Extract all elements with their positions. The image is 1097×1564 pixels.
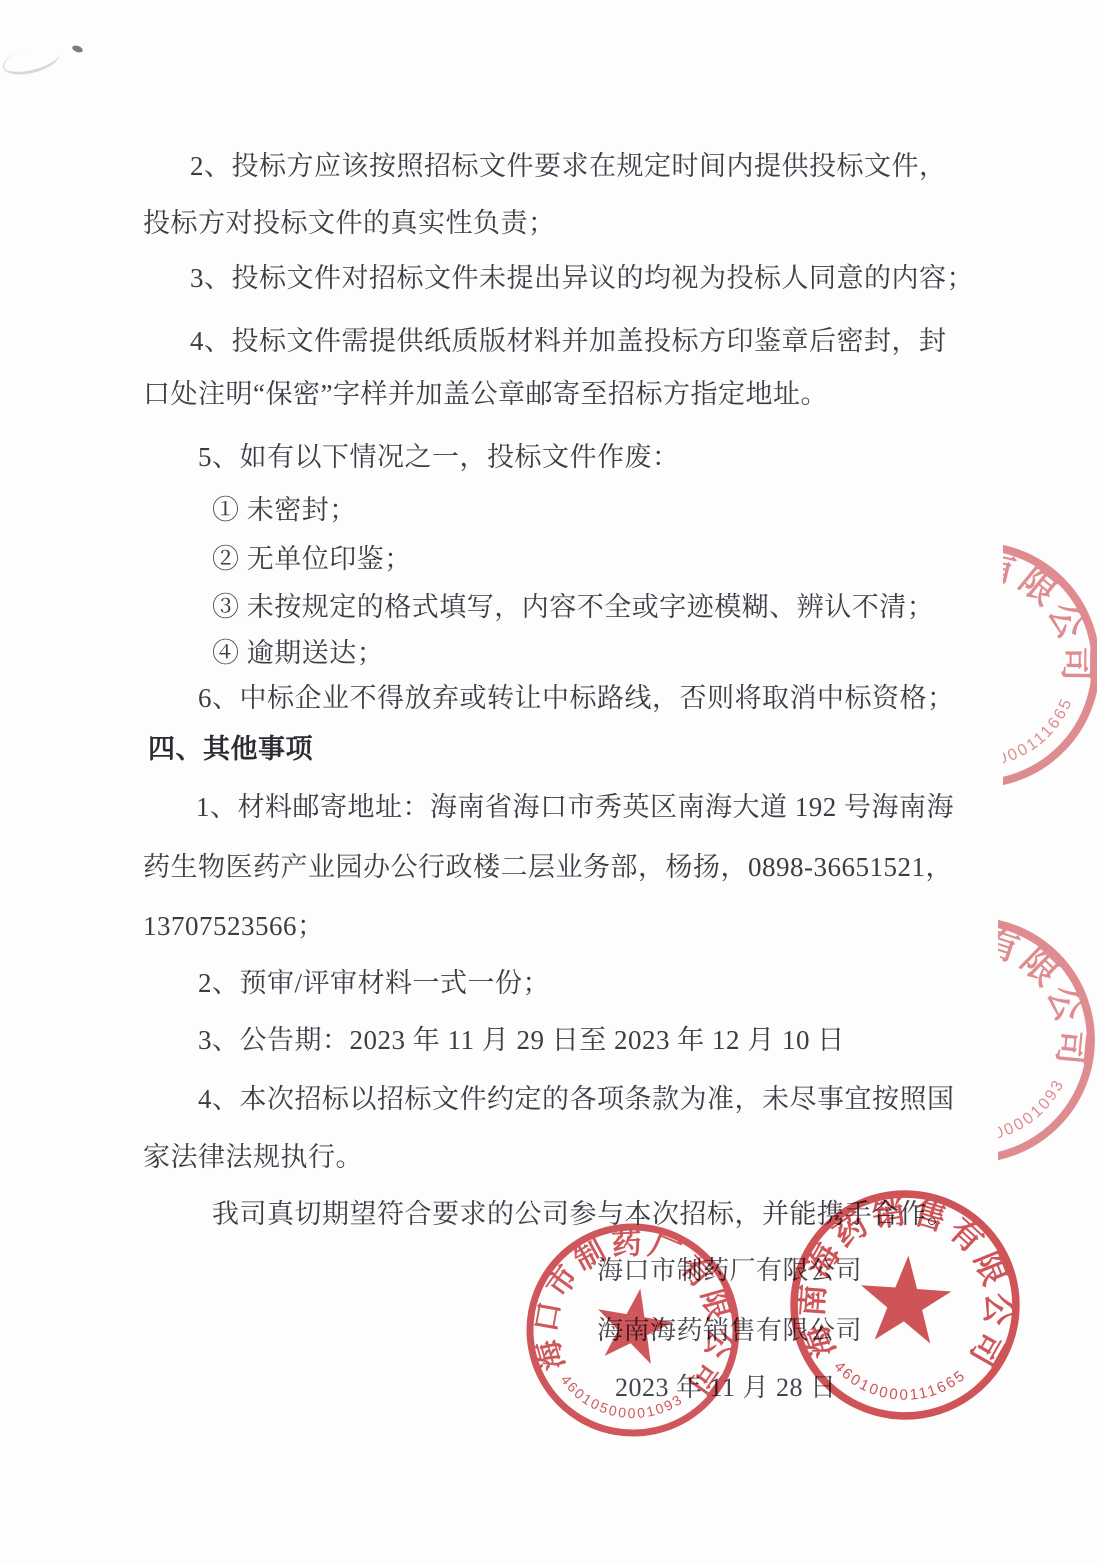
other-item-1-line-3: 13707523566； bbox=[143, 910, 325, 942]
other-item-4-line-2: 家法律法规执行。 bbox=[143, 1141, 363, 1173]
clause-2-line-2: 投标方对投标文件的真实性负责； bbox=[143, 207, 556, 239]
clause-4-line-1: 4、投标文件需提供纸质版材料并加盖投标方印鉴章后密封，封 bbox=[190, 325, 947, 357]
edge-seal-bottom: 海口市制药厂有限公司 46010500001093 bbox=[998, 890, 1097, 1194]
other-item-1-line-1: 1、材料邮寄地址：海南省海口市秀英区南海大道 192 号海南海 bbox=[196, 791, 954, 823]
other-item-4-line-1: 4、本次招标以招标文件约定的各项条款为准，未尽事宜按照国 bbox=[198, 1083, 955, 1115]
seal-haikou-pharmaceutical: 海口市制药厂有限公司 46010500001093 bbox=[482, 1179, 783, 1480]
seal-serial-text: 46010500001093 bbox=[553, 1370, 688, 1431]
star-icon bbox=[857, 1252, 953, 1344]
other-item-2: 2、预审/评审材料一式一份； bbox=[198, 967, 550, 999]
other-item-1-line-2: 药生物医药产业园办公行政楼二层业务部，杨扬，0898-36651521， bbox=[143, 851, 953, 883]
invalid-item-3: ③ 未按规定的格式填写，内容不全或字迹模糊、辨认不清； bbox=[212, 591, 934, 623]
star-icon bbox=[590, 1282, 677, 1366]
svg-text:46010500001093: 46010500001093 bbox=[553, 1370, 688, 1431]
clause-6: 6、中标企业不得放弃或转让中标路线，否则将取消中标资格； bbox=[198, 682, 955, 714]
seal-haikou-pharmaceutical-partial: 海口市制药厂有限公司 46010500001093 bbox=[998, 890, 1097, 1194]
clause-4-line-2: 口处注明“保密”字样并加盖公章邮寄至招标方指定地址。 bbox=[143, 378, 828, 410]
scan-artifact-dot bbox=[71, 44, 83, 53]
clause-2-line-1: 2、投标方应该按照招标文件要求在规定时间内提供投标文件， bbox=[190, 150, 947, 182]
seal-hainan-haiyao-sales: 海南海药销售有限公司 46010000111665 bbox=[756, 1156, 1055, 1455]
seal-hainan-haiyao-sales-partial: 海南海药销售有限公司 46010000111665 bbox=[1003, 515, 1097, 817]
invalid-item-1: ① 未密封； bbox=[212, 494, 357, 526]
invalid-item-4: ④ 逾期送达； bbox=[212, 637, 384, 669]
clause-5: 5、如有以下情况之一，投标文件作废： bbox=[198, 441, 680, 473]
document-page: 2、投标方应该按照招标文件要求在规定时间内提供投标文件， 投标方对投标文件的真实… bbox=[0, 0, 1097, 1564]
scan-artifact-squiggle bbox=[0, 41, 62, 79]
invalid-item-2: ② 无单位印鉴； bbox=[212, 543, 412, 575]
clause-3: 3、投标文件对招标文件未提出异议的均视为投标人同意的内容； bbox=[190, 262, 974, 294]
edge-seal-top: 海南海药销售有限公司 46010000111665 bbox=[1003, 515, 1097, 817]
section-4-heading: 四、其他事项 bbox=[148, 733, 313, 765]
other-item-3-notice-period: 3、公告期：2023 年 11 月 29 日至 2023 年 12 月 10 日 bbox=[198, 1024, 845, 1056]
